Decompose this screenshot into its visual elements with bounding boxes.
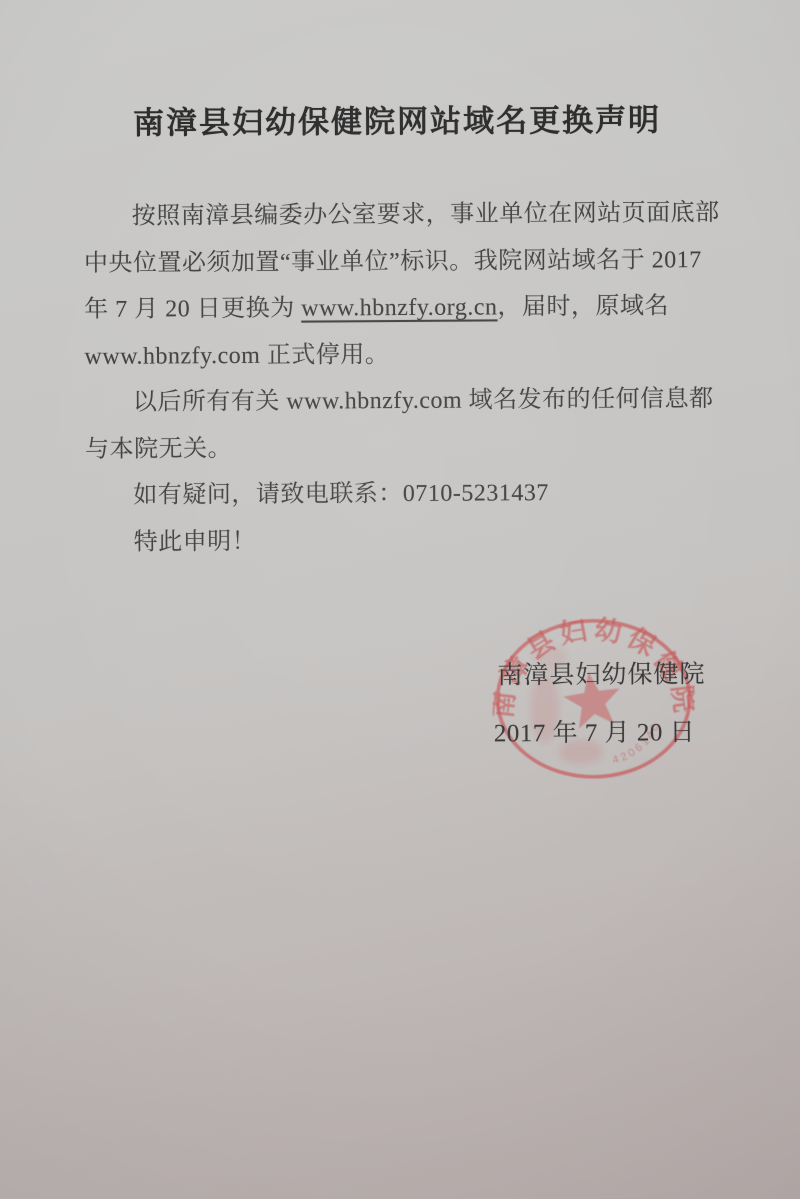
- body-line-3: 年 7 月 20 日更换为 www.hbnzfy.org.cn，届时，原域名: [84, 283, 732, 333]
- body-line-3-pre: 年 7 月 20 日更换为: [84, 296, 301, 323]
- body-line-1: 按照南漳县编委办公室要求，事业单位在网站页面底部: [84, 190, 732, 240]
- signature-organization: 南漳县妇幼保健院: [497, 654, 705, 691]
- body-line-8: 特此申明！: [86, 515, 734, 565]
- body-line-4: www.hbnzfy.com 正式停用。: [84, 329, 732, 379]
- document-title: 南漳县妇幼保健院网站域名更换声明: [0, 94, 797, 144]
- body-line-6: 与本院无关。: [85, 422, 733, 472]
- body-line-3-post: ，届时，原域名: [497, 293, 669, 320]
- new-domain-link: www.hbnzfy.org.cn: [301, 294, 497, 321]
- body-line-7: 如有疑问，请致电联系：0710-5231437: [85, 469, 733, 519]
- body-line-2: 中央位置必须加置“事业单位”标识。我院网站域名于 2017: [84, 236, 732, 286]
- body-line-5: 以后所有有关 www.hbnzfy.com 域名发布的任何信息都: [85, 376, 733, 426]
- official-seal-stamp: 南漳县妇幼保健院 4206140: [492, 615, 695, 782]
- document-page: 南漳县妇幼保健院网站域名更换声明 按照南漳县编委办公室要求，事业单位在网站页面底…: [0, 0, 800, 1199]
- document-photo: 南漳县妇幼保健院网站域名更换声明 按照南漳县编委办公室要求，事业单位在网站页面底…: [0, 0, 800, 1199]
- signature-date: 2017 年 7 月 20 日: [494, 712, 695, 749]
- document-body: 按照南漳县编委办公室要求，事业单位在网站页面底部 中央位置必须加置“事业单位”标…: [84, 190, 734, 566]
